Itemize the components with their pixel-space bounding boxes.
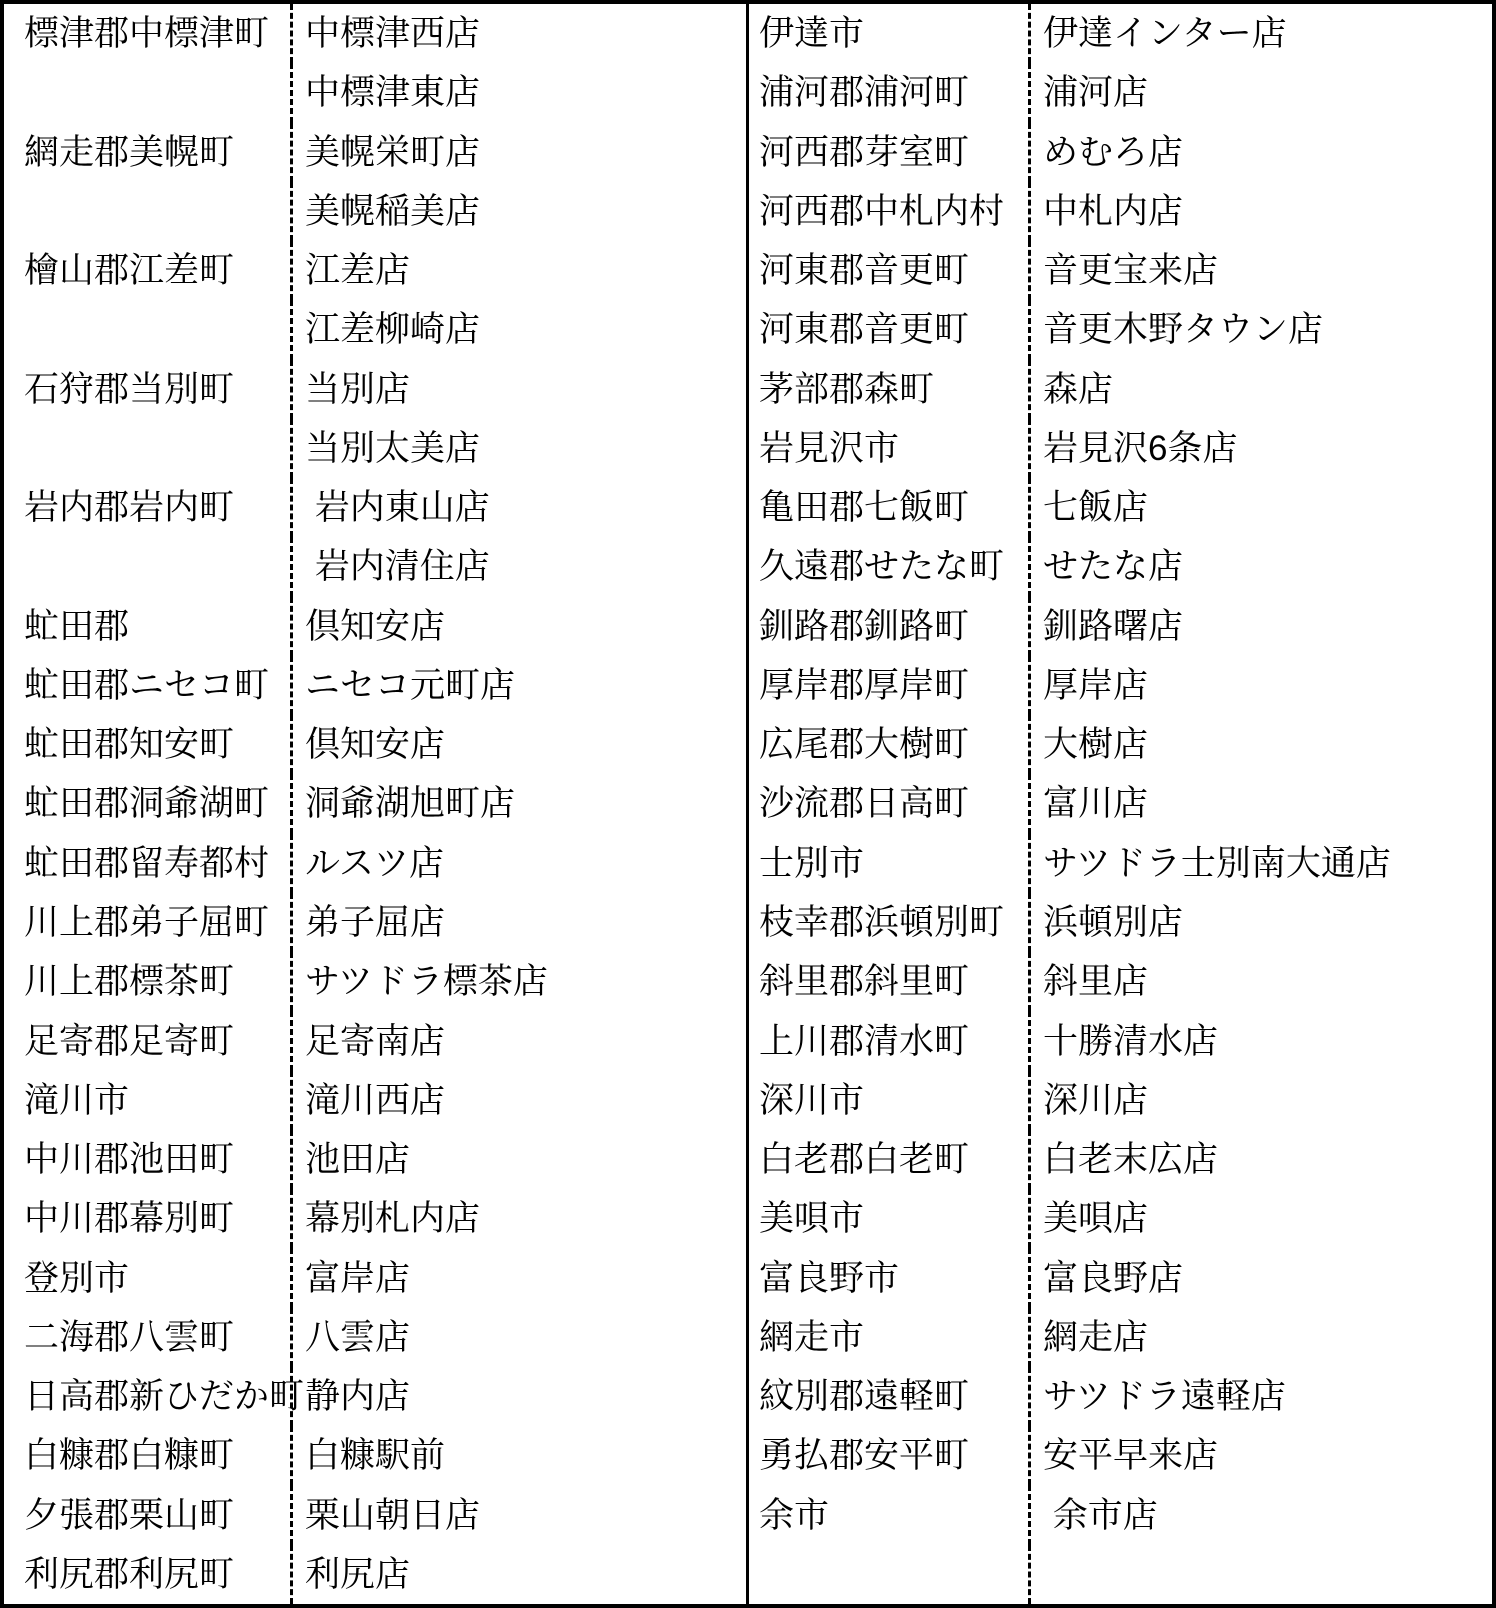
municipality-cell-left: 岩内郡岩内町: [4, 478, 293, 537]
table-row: 虻田郡知安町 倶知安店 広尾郡大樹町 大樹店: [4, 715, 1492, 774]
municipality-cell-right: 網走市: [749, 1308, 1031, 1367]
table-row: 当別太美店 岩見沢市 岩見沢6条店: [4, 419, 1492, 478]
table-row: 虻田郡留寿都村 ルスツ店 士別市 サツドラ士別南大通店: [4, 834, 1492, 893]
municipality-cell-right: 深川市: [749, 1071, 1031, 1130]
store-cell-right: 斜里店: [1031, 952, 1492, 1011]
table-row: 夕張郡栗山町 栗山朝日店 余市 余市店: [4, 1485, 1492, 1544]
table-row: 虻田郡 倶知安店 釧路郡釧路町 釧路曙店: [4, 597, 1492, 656]
municipality-cell-right: 美唄市: [749, 1189, 1031, 1248]
municipality-cell-left: 虻田郡留寿都村: [4, 834, 293, 893]
store-cell-right: 白老末広店: [1031, 1130, 1492, 1189]
store-cell-left: 富岸店: [293, 1248, 749, 1307]
store-cell-left: 池田店: [293, 1130, 749, 1189]
table-row: 江差柳崎店 河東郡音更町 音更木野タウン店: [4, 300, 1492, 359]
store-cell-left: 江差柳崎店: [293, 300, 749, 359]
table-row: 標津郡中標津町 中標津西店 伊達市 伊達インター店: [4, 4, 1492, 63]
store-cell-right: 森店: [1031, 360, 1492, 419]
table-row: 登別市 富岸店 富良野市 富良野店: [4, 1248, 1492, 1307]
municipality-cell-right: 枝幸郡浜頓別町: [749, 893, 1031, 952]
store-cell-left: 八雲店: [293, 1308, 749, 1367]
municipality-cell-right: 富良野市: [749, 1248, 1031, 1307]
store-cell-right: 富川店: [1031, 774, 1492, 833]
store-cell-right: 釧路曙店: [1031, 597, 1492, 656]
store-cell-left: 洞爺湖旭町店: [293, 774, 749, 833]
municipality-cell-left: [4, 537, 293, 596]
store-cell-left: 弟子屈店: [293, 893, 749, 952]
table-row: 白糠郡白糠町 白糠駅前 勇払郡安平町 安平早来店: [4, 1426, 1492, 1485]
municipality-cell-right: 斜里郡斜里町: [749, 952, 1031, 1011]
store-cell-right: [1031, 1545, 1492, 1604]
table-row: 川上郡弟子屈町 弟子屈店 枝幸郡浜頓別町 浜頓別店: [4, 893, 1492, 952]
store-cell-right: サツドラ遠軽店: [1031, 1367, 1492, 1426]
municipality-cell-right: 河西郡芽室町: [749, 123, 1031, 182]
municipality-cell-left: 網走郡美幌町: [4, 123, 293, 182]
municipality-cell-left: [4, 300, 293, 359]
store-cell-left: 白糠駅前: [293, 1426, 749, 1485]
store-cell-left: 足寄南店: [293, 1011, 749, 1070]
store-cell-left: ルスツ店: [293, 834, 749, 893]
municipality-cell-right: 浦河郡浦河町: [749, 63, 1031, 122]
store-cell-left: 岩内東山店: [293, 478, 749, 537]
store-cell-left: 静内店: [293, 1367, 749, 1426]
municipality-cell-right: 河西郡中札内村: [749, 182, 1031, 241]
store-cell-left: 倶知安店: [293, 597, 749, 656]
store-cell-right: 十勝清水店: [1031, 1011, 1492, 1070]
store-cell-left: 美幌稲美店: [293, 182, 749, 241]
municipality-cell-right: [749, 1545, 1031, 1604]
municipality-cell-left: 中川郡幕別町: [4, 1189, 293, 1248]
store-cell-right: 音更木野タウン店: [1031, 300, 1492, 359]
table-row: 檜山郡江差町 江差店 河東郡音更町 音更宝来店: [4, 241, 1492, 300]
municipality-cell-left: 虻田郡知安町: [4, 715, 293, 774]
municipality-cell-left: [4, 419, 293, 478]
store-cell-right: 浦河店: [1031, 63, 1492, 122]
municipality-cell-left: 標津郡中標津町: [4, 4, 293, 63]
table-row: 利尻郡利尻町 利尻店: [4, 1545, 1492, 1604]
municipality-cell-left: 登別市: [4, 1248, 293, 1307]
store-cell-left: 美幌栄町店: [293, 123, 749, 182]
municipality-cell-right: 河東郡音更町: [749, 300, 1031, 359]
municipality-cell-right: 上川郡清水町: [749, 1011, 1031, 1070]
store-cell-right: 安平早来店: [1031, 1426, 1492, 1485]
municipality-cell-left: 虻田郡: [4, 597, 293, 656]
store-cell-left: 岩内清住店: [293, 537, 749, 596]
store-cell-left: 当別店: [293, 360, 749, 419]
municipality-cell-right: 伊達市: [749, 4, 1031, 63]
store-cell-left: 栗山朝日店: [293, 1485, 749, 1544]
store-cell-right: 深川店: [1031, 1071, 1492, 1130]
store-cell-left: 中標津東店: [293, 63, 749, 122]
store-cell-left: 中標津西店: [293, 4, 749, 63]
municipality-cell-right: 白老郡白老町: [749, 1130, 1031, 1189]
store-cell-right: 音更宝来店: [1031, 241, 1492, 300]
municipality-cell-right: 河東郡音更町: [749, 241, 1031, 300]
store-cell-left: サツドラ標茶店: [293, 952, 749, 1011]
municipality-cell-left: 白糠郡白糠町: [4, 1426, 293, 1485]
table-row: 岩内郡岩内町 岩内東山店 亀田郡七飯町 七飯店: [4, 478, 1492, 537]
store-cell-right: 岩見沢6条店: [1031, 419, 1492, 478]
municipality-cell-left: 川上郡弟子屈町: [4, 893, 293, 952]
table-row: 中標津東店 浦河郡浦河町 浦河店: [4, 63, 1492, 122]
store-cell-right: サツドラ士別南大通店: [1031, 834, 1492, 893]
municipality-cell-right: 士別市: [749, 834, 1031, 893]
store-cell-right: 余市店: [1031, 1485, 1492, 1544]
table-row: 中川郡幕別町 幕別札内店 美唄市 美唄店: [4, 1189, 1492, 1248]
municipality-cell-left: 虻田郡ニセコ町: [4, 656, 293, 715]
store-cell-right: 浜頓別店: [1031, 893, 1492, 952]
municipality-cell-right: 勇払郡安平町: [749, 1426, 1031, 1485]
store-cell-right: 網走店: [1031, 1308, 1492, 1367]
store-table: 標津郡中標津町 中標津西店 伊達市 伊達インター店 中標津東店 浦河郡浦河町 浦…: [0, 0, 1496, 1608]
municipality-cell-left: 滝川市: [4, 1071, 293, 1130]
store-cell-right: 七飯店: [1031, 478, 1492, 537]
table-row: 網走郡美幌町 美幌栄町店 河西郡芽室町 めむろ店: [4, 123, 1492, 182]
table-row: 虻田郡洞爺湖町 洞爺湖旭町店 沙流郡日高町 富川店: [4, 774, 1492, 833]
municipality-cell-left: 檜山郡江差町: [4, 241, 293, 300]
municipality-cell-left: [4, 63, 293, 122]
store-cell-right: 大樹店: [1031, 715, 1492, 774]
table-row: 岩内清住店 久遠郡せたな町 せたな店: [4, 537, 1492, 596]
table-row: 日高郡新ひだか町 静内店 紋別郡遠軽町 サツドラ遠軽店: [4, 1367, 1492, 1426]
municipality-cell-left: 石狩郡当別町: [4, 360, 293, 419]
municipality-cell-left: 二海郡八雲町: [4, 1308, 293, 1367]
store-cell-right: 富良野店: [1031, 1248, 1492, 1307]
municipality-cell-left: 虻田郡洞爺湖町: [4, 774, 293, 833]
table-row: 足寄郡足寄町 足寄南店 上川郡清水町 十勝清水店: [4, 1011, 1492, 1070]
municipality-cell-right: 亀田郡七飯町: [749, 478, 1031, 537]
store-cell-right: 伊達インター店: [1031, 4, 1492, 63]
store-cell-left: 幕別札内店: [293, 1189, 749, 1248]
store-cell-right: 中札内店: [1031, 182, 1492, 241]
table-row: 川上郡標茶町 サツドラ標茶店 斜里郡斜里町 斜里店: [4, 952, 1492, 1011]
municipality-cell-left: 足寄郡足寄町: [4, 1011, 293, 1070]
municipality-cell-right: 釧路郡釧路町: [749, 597, 1031, 656]
store-cell-left: 倶知安店: [293, 715, 749, 774]
municipality-cell-left: 日高郡新ひだか町: [4, 1367, 293, 1426]
store-cell-left: 江差店: [293, 241, 749, 300]
store-cell-left: 利尻店: [293, 1545, 749, 1604]
store-cell-right: めむろ店: [1031, 123, 1492, 182]
store-cell-right: せたな店: [1031, 537, 1492, 596]
table-row: 中川郡池田町 池田店 白老郡白老町 白老末広店: [4, 1130, 1492, 1189]
table-row: 石狩郡当別町 当別店 茅部郡森町 森店: [4, 360, 1492, 419]
municipality-cell-right: 紋別郡遠軽町: [749, 1367, 1031, 1426]
municipality-cell-left: 夕張郡栗山町: [4, 1485, 293, 1544]
municipality-cell-right: 沙流郡日高町: [749, 774, 1031, 833]
municipality-cell-right: 茅部郡森町: [749, 360, 1031, 419]
municipality-cell-left: 中川郡池田町: [4, 1130, 293, 1189]
store-cell-left: 滝川西店: [293, 1071, 749, 1130]
municipality-cell-right: 厚岸郡厚岸町: [749, 656, 1031, 715]
municipality-cell-right: 広尾郡大樹町: [749, 715, 1031, 774]
municipality-cell-left: 川上郡標茶町: [4, 952, 293, 1011]
store-cell-right: 美唄店: [1031, 1189, 1492, 1248]
table-row: 美幌稲美店 河西郡中札内村 中札内店: [4, 182, 1492, 241]
municipality-cell-left: [4, 182, 293, 241]
municipality-cell-left: 利尻郡利尻町: [4, 1545, 293, 1604]
table-row: 虻田郡ニセコ町 ニセコ元町店 厚岸郡厚岸町 厚岸店: [4, 656, 1492, 715]
municipality-cell-right: 岩見沢市: [749, 419, 1031, 478]
municipality-cell-right: 余市: [749, 1485, 1031, 1544]
table-row: 二海郡八雲町 八雲店 網走市 網走店: [4, 1308, 1492, 1367]
store-cell-right: 厚岸店: [1031, 656, 1492, 715]
store-cell-left: ニセコ元町店: [293, 656, 749, 715]
store-cell-left: 当別太美店: [293, 419, 749, 478]
municipality-cell-right: 久遠郡せたな町: [749, 537, 1031, 596]
table-row: 滝川市 滝川西店 深川市 深川店: [4, 1071, 1492, 1130]
